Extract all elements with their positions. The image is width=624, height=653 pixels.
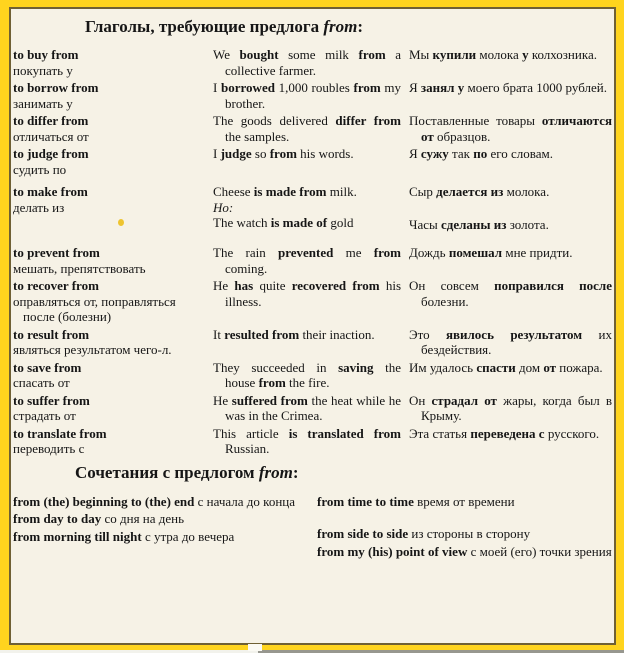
example-sentence: I borrowed 1,000 roubles from my brother… <box>213 80 401 111</box>
page-content-area: Глаголы, требующие предлога from: to buy… <box>9 7 616 645</box>
translation-sentence: Часы сделаны из золота. <box>409 217 612 233</box>
verb-cell: to prevent from мешать, препятствовать <box>13 245 205 276</box>
example-cell: He has quite recovered from his illness. <box>213 278 401 325</box>
example-cell: The rain prevented me from coming. <box>213 245 401 276</box>
verb-meaning: делать из <box>13 200 205 216</box>
verb-meaning: являться результатом чего-л. <box>13 342 205 358</box>
example-sentence: The watch is made of gold <box>213 215 401 231</box>
translation-cell: Я занял у моего брата 1000 рублей. <box>409 80 612 111</box>
translation-sentence: Дождь помешал мне придти. <box>409 245 612 261</box>
combinations-table: from (the) beginning to (the) end с нача… <box>13 494 612 562</box>
combo-item: from time to time время от времени <box>317 494 612 510</box>
translation-cell: Я сужу так по его словам. <box>409 146 612 177</box>
yellow-speck-artifact <box>118 219 124 226</box>
verb-phrase: to result from <box>13 327 205 343</box>
example-sentence: Cheese is made from milk. <box>213 184 401 200</box>
verb-phrase: to buy from <box>13 47 205 63</box>
combinations-section-title: Сочетания с предлогом from: <box>13 462 612 483</box>
translation-sentence: Я занял у моего брата 1000 рублей. <box>409 80 612 96</box>
verb-meaning: оправляться от, поправляться после (боле… <box>13 294 205 325</box>
translation-cell: Он страдал от жары, когда был в Крыму. <box>409 393 612 424</box>
verb-meaning: покупать у <box>13 63 205 79</box>
verb-phrase: to differ from <box>13 113 205 129</box>
translation-sentence: Я сужу так по его словам. <box>409 146 612 162</box>
verb-cell: to borrow from занимать у <box>13 80 205 111</box>
verb-row: to prevent from мешать, препятствовать T… <box>13 245 612 276</box>
verb-cell: to result from являться результатом чего… <box>13 327 205 358</box>
translation-cell: Мы купили молока у колхозника. <box>409 47 612 78</box>
verb-cell: to save from спасать от <box>13 360 205 391</box>
example-cell: He suffered from the heat while he was i… <box>213 393 401 424</box>
verb-cell: to translate from переводить с <box>13 426 205 457</box>
verb-row: to result from являться результатом чего… <box>13 327 612 358</box>
example-sentence: It resulted from their inaction. <box>213 327 401 343</box>
verb-meaning: судить по <box>13 162 205 178</box>
combo-item: from day to day со дня на день <box>13 511 309 527</box>
translation-cell: Им удалось спасти дом от пожара. <box>409 360 612 391</box>
verb-row: to buy from покупать у We bought some mi… <box>13 47 612 78</box>
verb-phrase: to prevent from <box>13 245 205 261</box>
verb-row: to save from спасать от They succeeded i… <box>13 360 612 391</box>
verb-meaning: отличаться от <box>13 129 205 145</box>
translation-cell: Поставленные товары отличаются от образц… <box>409 113 612 144</box>
verb-meaning: страдать от <box>13 408 205 424</box>
translation-sentence: Он страдал от жары, когда был в Крыму. <box>409 393 612 424</box>
translation-sentence: Мы купили молока у колхозника. <box>409 47 612 63</box>
verb-phrase: to borrow from <box>13 80 205 96</box>
verb-phrase: to suffer from <box>13 393 205 409</box>
verb-cell: to recover from оправляться от, поправля… <box>13 278 205 325</box>
verb-row: to translate from переводить с This arti… <box>13 426 612 457</box>
example-sentence: He has quite recovered from his illness. <box>213 278 401 309</box>
verbs-section-title: Глаголы, требующие предлога from: <box>13 16 612 37</box>
translation-sentence: Это явилось результатом их бездействия. <box>409 327 612 358</box>
example-cell: We bought some milk from a collective fa… <box>213 47 401 78</box>
example-sentence: Но: <box>213 200 401 216</box>
example-cell: They succeeded in saving the house from … <box>213 360 401 391</box>
combo-item: from (the) beginning to (the) end с нача… <box>13 494 309 510</box>
translation-sentence: Он совсем поправился после болезни. <box>409 278 612 309</box>
combinations-right-column: from time to time время от времени from … <box>317 494 612 562</box>
example-cell: The goods delivered differ from the samp… <box>213 113 401 144</box>
translation-sentence: Им удалось спасти дом от пожара. <box>409 360 612 376</box>
example-cell: Cheese is made from milk. Но: The watch … <box>213 184 401 232</box>
example-cell: I judge so from his words. <box>213 146 401 177</box>
translation-cell: Это явилось результатом их бездействия. <box>409 327 612 358</box>
combo-item: from my (his) point of view с моей (его)… <box>317 544 612 560</box>
example-sentence: We bought some milk from a collective fa… <box>213 47 401 78</box>
verb-row: to borrow from занимать у I borrowed 1,0… <box>13 80 612 111</box>
translation-cell: Сыр делается из молока. Часы сделаны из … <box>409 184 612 232</box>
translation-cell: Эта статья переведена с русского. <box>409 426 612 457</box>
verb-meaning: занимать у <box>13 96 205 112</box>
translation-sentence: Поставленные товары отличаются от образц… <box>409 113 612 144</box>
combo-item: from side to side из стороны в сторону <box>317 526 612 542</box>
example-sentence: They succeeded in saving the house from … <box>213 360 401 391</box>
scanned-book-page: Глаголы, требующие предлога from: to buy… <box>0 0 624 653</box>
example-sentence: The goods delivered differ from the samp… <box>213 113 401 144</box>
verb-phrase: to judge from <box>13 146 205 162</box>
translation-cell: Он совсем поправился после болезни. <box>409 278 612 325</box>
combinations-left-column: from (the) beginning to (the) end с нача… <box>13 494 309 562</box>
example-sentence: The rain prevented me from coming. <box>213 245 401 276</box>
verb-phrase: to save from <box>13 360 205 376</box>
verb-meaning: переводить с <box>13 441 205 457</box>
verb-meaning: мешать, препятствовать <box>13 261 205 277</box>
verb-phrase: to make from <box>13 184 205 200</box>
verb-row: to recover from оправляться от, поправля… <box>13 278 612 325</box>
example-cell: It resulted from their inaction. <box>213 327 401 358</box>
photo-edge-artifact-notch <box>248 644 262 651</box>
verbs-table: to buy from покупать у We bought some mi… <box>13 47 612 457</box>
verb-meaning: спасать от <box>13 375 205 391</box>
verb-cell: to buy from покупать у <box>13 47 205 78</box>
translation-sentence: Эта статья переведена с русского. <box>409 426 612 442</box>
verb-row: to differ from отличаться от The goods d… <box>13 113 612 144</box>
verb-cell: to judge from судить по <box>13 146 205 177</box>
verb-phrase: to recover from <box>13 278 205 294</box>
example-sentence: This article is translated from Russian. <box>213 426 401 457</box>
example-cell: This article is translated from Russian. <box>213 426 401 457</box>
verb-phrase: to translate from <box>13 426 205 442</box>
verb-row: to make from делать из Cheese is made fr… <box>13 184 612 232</box>
verb-cell: to suffer from страдать от <box>13 393 205 424</box>
example-cell: I borrowed 1,000 roubles from my brother… <box>213 80 401 111</box>
verb-cell: to differ from отличаться от <box>13 113 205 144</box>
example-sentence: I judge so from his words. <box>213 146 401 162</box>
verb-cell: to make from делать из <box>13 184 205 232</box>
translation-sentence: Сыр делается из молока. <box>409 184 612 200</box>
verb-row: to judge from судить по I judge so from … <box>13 146 612 177</box>
combo-item: from morning till night с утра до вечера <box>13 529 309 545</box>
verb-row: to suffer from страдать от He suffered f… <box>13 393 612 424</box>
example-sentence: He suffered from the heat while he was i… <box>213 393 401 424</box>
translation-cell: Дождь помешал мне придти. <box>409 245 612 276</box>
